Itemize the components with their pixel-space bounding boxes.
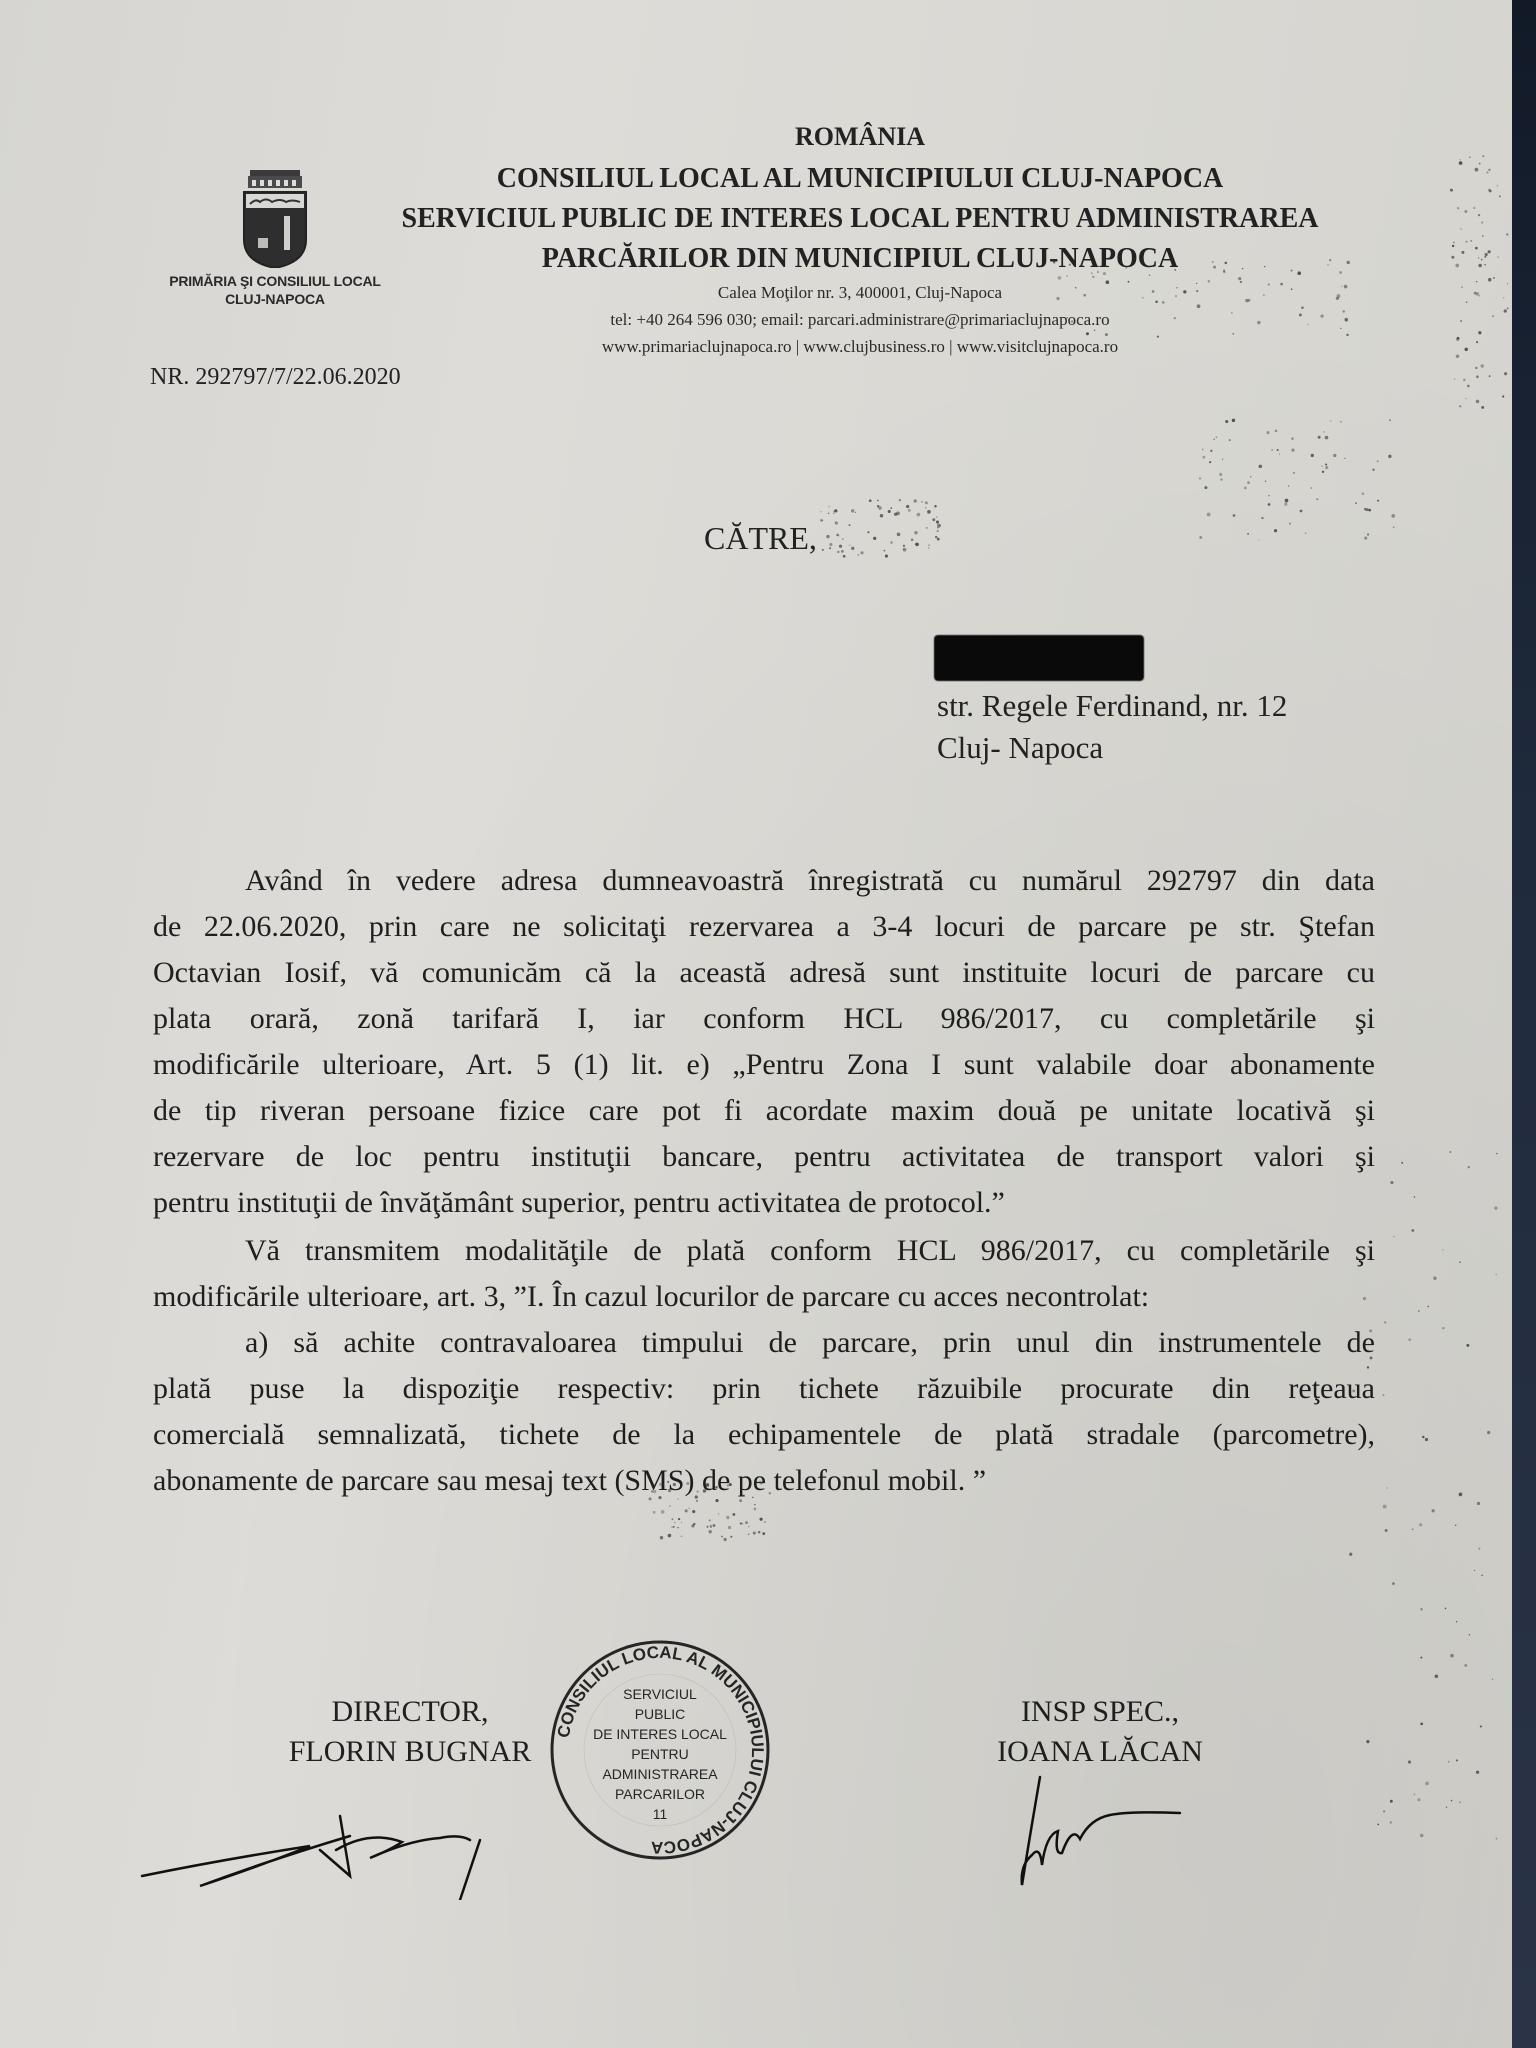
svg-text:SERVICIUL: SERVICIUL [623, 1686, 697, 1702]
body-line: plată puse la dispoziţie respectiv: prin… [153, 1366, 1375, 1412]
print-speckles [0, 0, 1512, 2048]
body-line: Având în vedere adresa dumneavoastră înr… [153, 858, 1375, 904]
municipality-line-1: PRIMĂRIA ŞI CONSILIUL LOCAL [150, 272, 400, 290]
svg-text:11: 11 [653, 1806, 668, 1822]
body-line: comercială semnalizată, tichete de la ec… [153, 1412, 1375, 1458]
country-heading: ROMÂNIA [330, 122, 1390, 152]
reference-number: NR. 292797/7/22.06.2020 [150, 364, 401, 391]
body-line: de tip riveran persoane fizice care pot … [153, 1088, 1375, 1134]
service-heading-2: PARCĂRILOR DIN MUNICIPIUL CLUJ-NAPOCA [330, 243, 1390, 275]
inspector-title: INSP SPEC., [950, 1692, 1250, 1732]
body-line: Vă transmitem modalităţile de plată conf… [153, 1228, 1375, 1274]
svg-text:CONSILIUL LOCAL AL MUNICIPIULU: CONSILIUL LOCAL AL MUNICIPIULUI CLUJ-NAP… [554, 1643, 767, 1857]
body-line: modificările ulterioare, Art. 5 (1) lit.… [153, 1042, 1375, 1088]
body-paragraph-1: Având în vedere adresa dumneavoastră înr… [153, 858, 1375, 1226]
stamp-seal-icon: CONSILIUL LOCAL AL MUNICIPIULUI CLUJ-NAP… [547, 1637, 773, 1863]
svg-text:ADMINISTRAREA: ADMINISTRAREA [602, 1766, 718, 1782]
letter-page: PRIMĂRIA ŞI CONSILIUL LOCAL CLUJ-NAPOCA … [0, 0, 1512, 2048]
recipient-street: str. Regele Ferdinand, nr. 12 [937, 688, 1287, 724]
recipient-salutation: CĂTRE, [704, 520, 817, 557]
redacted-recipient-name [934, 635, 1144, 681]
letterhead-contact: tel: +40 264 596 030; email: parcari.adm… [500, 310, 1220, 330]
svg-text:DE INTERES LOCAL: DE INTERES LOCAL [593, 1726, 727, 1742]
body-line: modificările ulterioare, art. 3, ”I. În … [153, 1274, 1375, 1320]
coat-of-arms-icon [238, 168, 312, 268]
body-paragraph-2: Vă transmitem modalităţile de plată conf… [153, 1228, 1375, 1320]
letterhead-websites: www.primariaclujnapoca.ro | www.clujbusi… [500, 337, 1220, 357]
council-heading: CONSILIUL LOCAL AL MUNICIPIULUI CLUJ-NAP… [330, 163, 1390, 195]
body-line: Octavian Iosif, vă comunicăm că la aceas… [153, 950, 1375, 996]
recipient-city: Cluj- Napoca [937, 730, 1103, 766]
body-line: plata orară, zonă tarifară I, iar confor… [153, 996, 1375, 1042]
inspector-signature-icon [1010, 1775, 1200, 1895]
body-line: a) să achite contravaloarea timpului de … [153, 1320, 1375, 1366]
director-signature-block: DIRECTOR, FLORIN BUGNAR [260, 1692, 560, 1772]
background-surface [1510, 0, 1536, 2048]
letterhead-address: Calea Moţilor nr. 3, 400001, Cluj-Napoca [500, 283, 1220, 303]
director-title: DIRECTOR, [260, 1692, 560, 1732]
municipality-label: PRIMĂRIA ŞI CONSILIUL LOCAL CLUJ-NAPOCA [150, 272, 400, 308]
director-name: FLORIN BUGNAR [260, 1732, 560, 1772]
svg-text:PARCARILOR: PARCARILOR [615, 1786, 705, 1802]
body-line: pentru instituţii de învăţământ superior… [153, 1180, 1375, 1226]
body-line: de 22.06.2020, prin care ne solicitaţi r… [153, 904, 1375, 950]
body-paragraph-3: a) să achite contravaloarea timpului de … [153, 1320, 1375, 1504]
director-signature-icon [140, 1790, 520, 1900]
inspector-signature-block: INSP SPEC., IOANA LĂCAN [950, 1692, 1250, 1772]
svg-text:PENTRU: PENTRU [631, 1746, 689, 1762]
service-heading-1: SERVICIUL PUBLIC DE INTERES LOCAL PENTRU… [330, 203, 1390, 235]
municipality-line-2: CLUJ-NAPOCA [150, 290, 400, 308]
body-line: rezervare de loc pentru instituţii banca… [153, 1134, 1375, 1180]
body-line: abonamente de parcare sau mesaj text (SM… [153, 1458, 1375, 1504]
inspector-name: IOANA LĂCAN [950, 1732, 1250, 1772]
official-stamp: CONSILIUL LOCAL AL MUNICIPIULUI CLUJ-NAP… [547, 1637, 773, 1863]
svg-text:PUBLIC: PUBLIC [635, 1706, 686, 1722]
